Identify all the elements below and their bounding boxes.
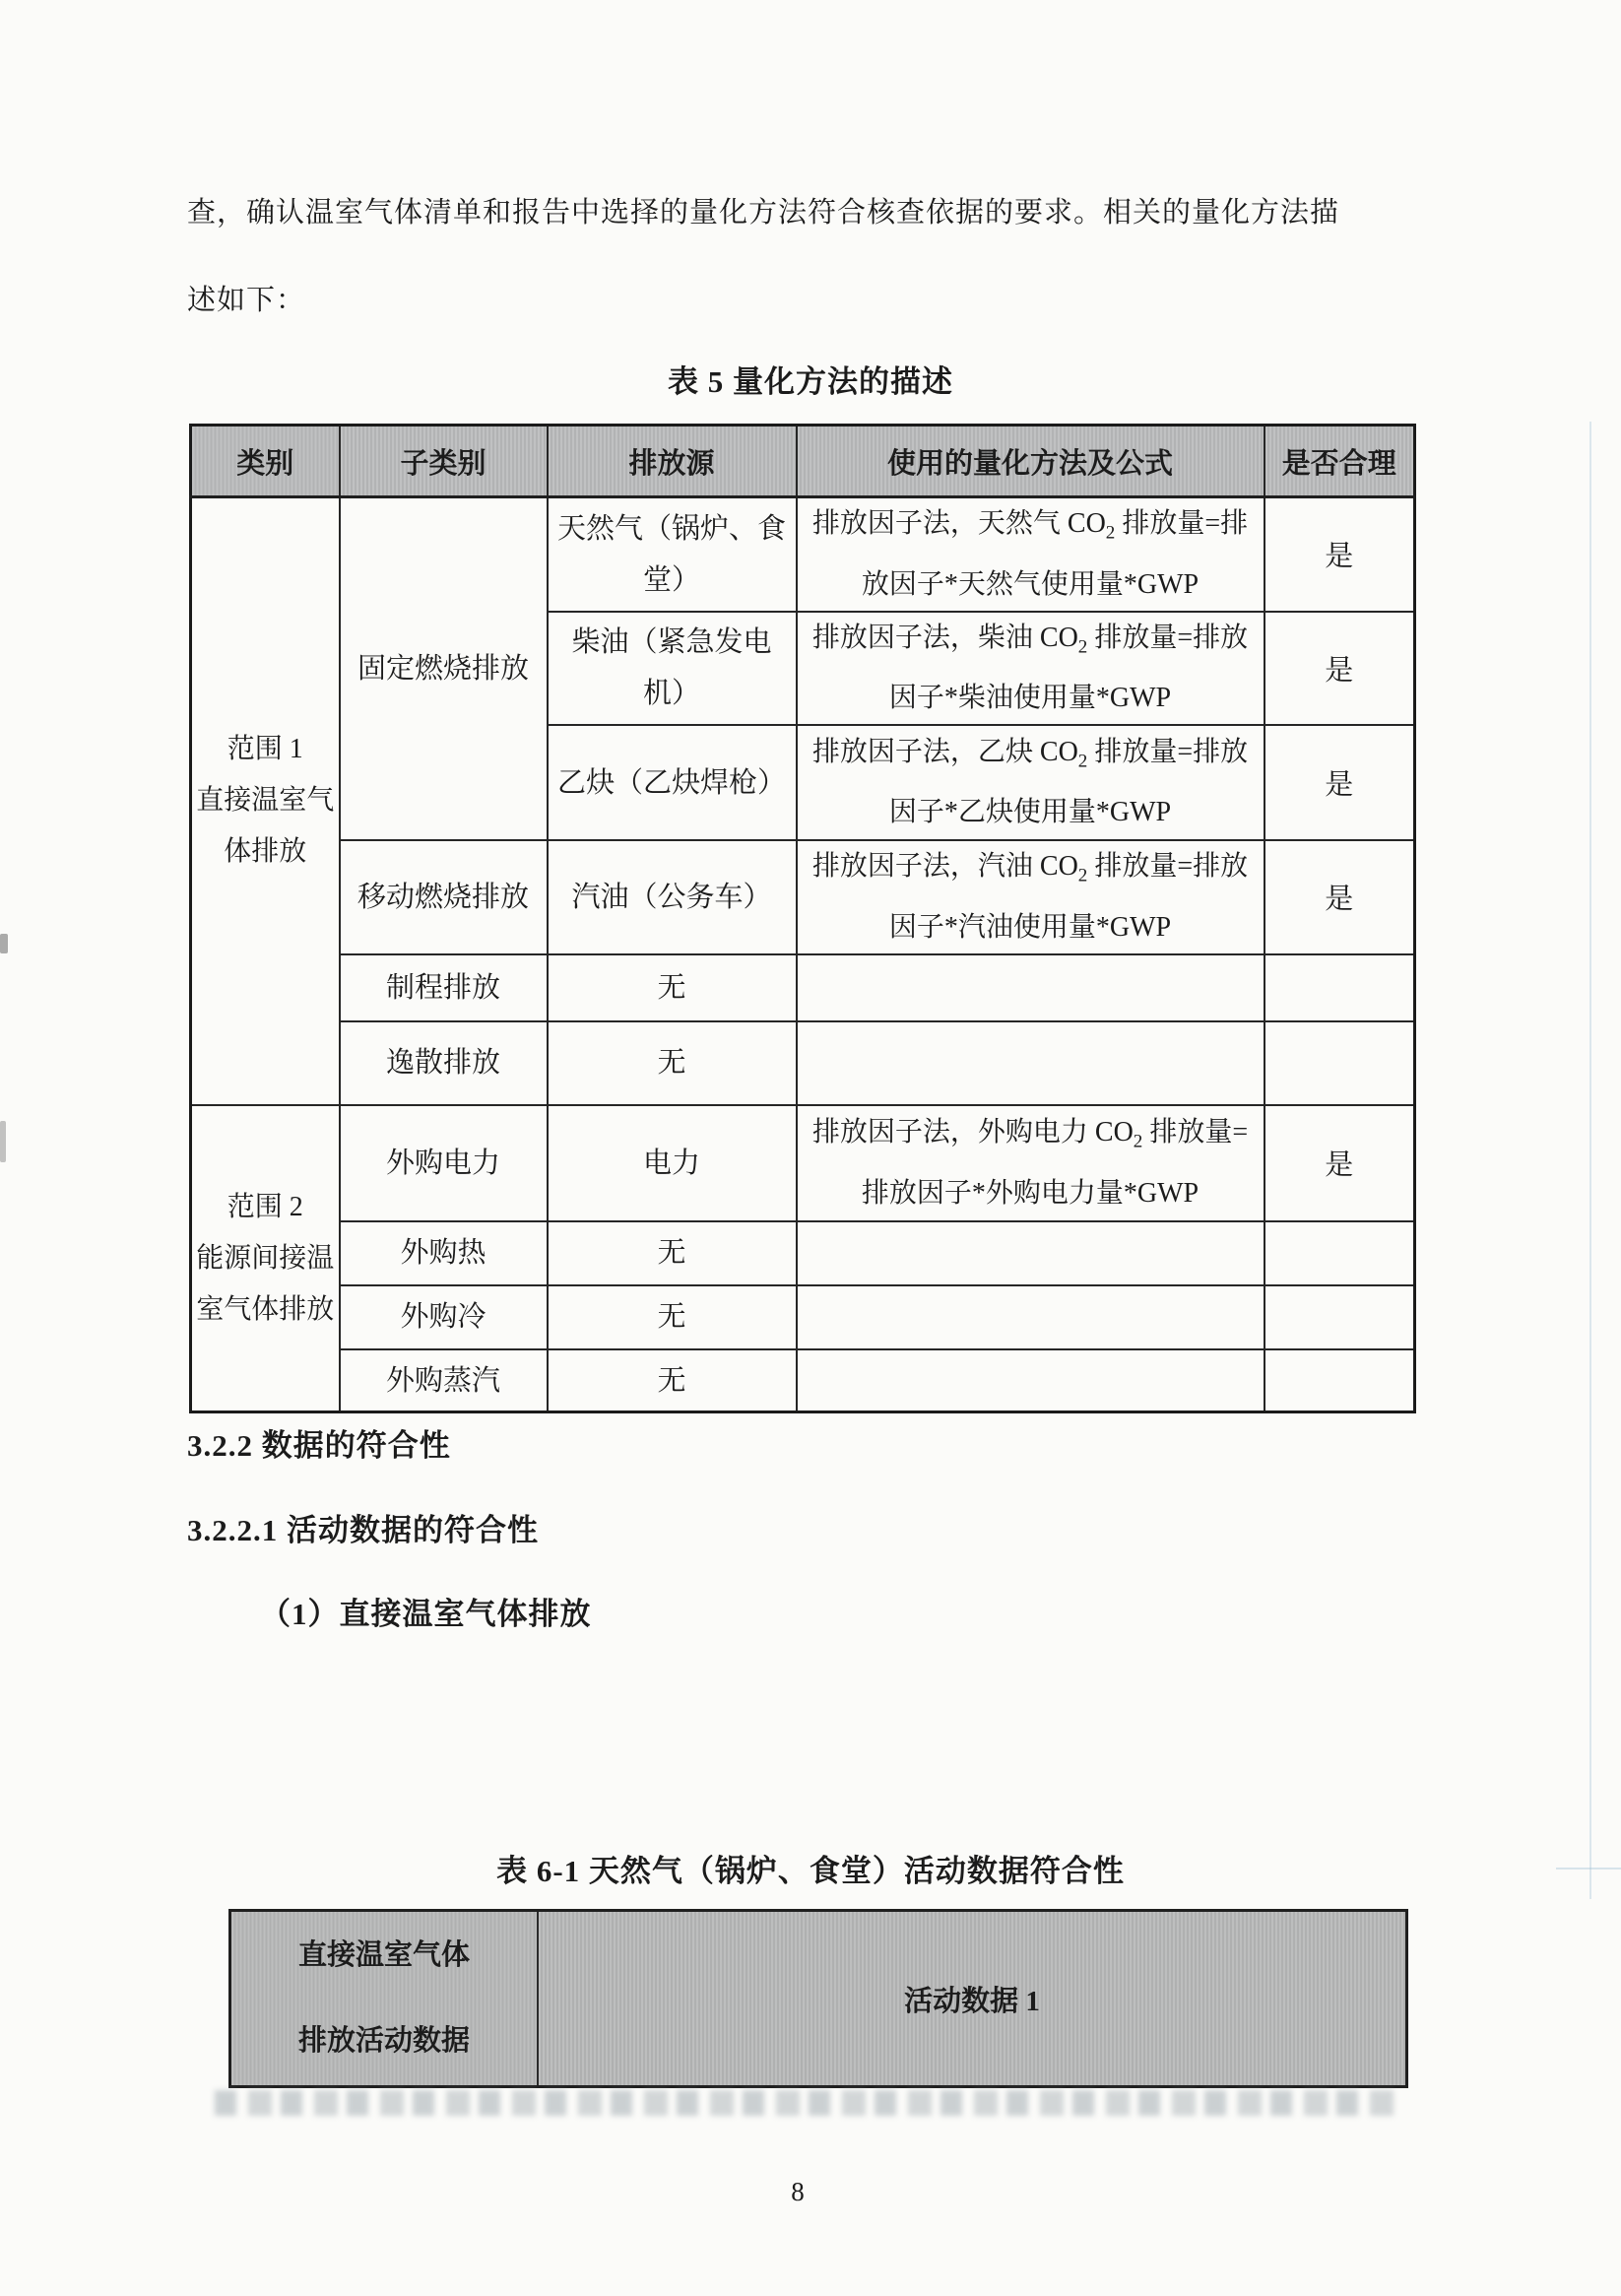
- source-cell: 天然气（锅炉、食堂）: [548, 497, 797, 612]
- reasonable-cell: 是: [1264, 840, 1415, 954]
- table-row: 制程排放 无: [191, 954, 1415, 1021]
- subcategory-cell: 外购冷: [340, 1285, 548, 1349]
- scope1-cell: 范围 1 直接温室气体排放: [191, 497, 340, 1105]
- table5-title: 表 5 量化方法的描述: [0, 357, 1621, 401]
- scan-artifact: [1556, 1868, 1621, 1870]
- formula-text: 排放因子法，乙炔 CO: [812, 737, 1078, 767]
- formula-cell: 排放因子法，天然气 CO2 排放量=排放因子*天然气使用量*GWP: [797, 497, 1264, 612]
- formula-cell: 排放因子法，汽油 CO2 排放量=排放因子*汽油使用量*GWP: [797, 840, 1264, 954]
- formula-text: 排放因子法，柴油 CO: [812, 623, 1078, 653]
- header-method-formula: 使用的量化方法及公式: [797, 426, 1264, 497]
- scan-artifact: [0, 934, 8, 953]
- quantification-method-table: 类别 子类别 排放源 使用的量化方法及公式 是否合理 范围 1 直接温室气体排放…: [189, 424, 1416, 1413]
- reasonable-cell: 是: [1264, 612, 1415, 726]
- section-heading-322: 3.2.2 数据的符合性: [187, 1420, 451, 1465]
- reasonable-cell: 是: [1264, 497, 1415, 612]
- source-cell: 无: [548, 954, 797, 1021]
- subcategory-cell: 固定燃烧排放: [340, 497, 548, 841]
- formula-cell: [797, 1221, 1264, 1285]
- table-row: 外购冷 无: [191, 1285, 1415, 1349]
- formula-cell: 排放因子法，外购电力 CO2 排放量=排放因子*外购电力量*GWP: [797, 1105, 1264, 1221]
- source-cell: 电力: [548, 1105, 797, 1221]
- formula-cell: [797, 1349, 1264, 1412]
- page-bleed-through: [215, 2090, 1398, 2116]
- formula-text: 排放因子法，外购电力 CO: [812, 1117, 1134, 1148]
- header-emission-source: 排放源: [548, 426, 797, 497]
- source-cell: 无: [548, 1349, 797, 1412]
- reasonable-cell: [1264, 1349, 1415, 1412]
- source-cell: 无: [548, 1021, 797, 1105]
- formula-text: 排放因子法，汽油 CO: [812, 851, 1078, 882]
- subcategory-cell: 外购电力: [340, 1105, 548, 1221]
- table-row: 外购热 无: [191, 1221, 1415, 1285]
- formula-subscript: 2: [1078, 636, 1088, 657]
- reasonable-cell: [1264, 954, 1415, 1021]
- table-row: 逸散排放 无: [191, 1021, 1415, 1105]
- formula-subscript: 2: [1106, 523, 1116, 544]
- header-subcategory: 子类别: [340, 426, 548, 497]
- formula-subscript: 2: [1078, 866, 1088, 886]
- formula-cell: 排放因子法，乙炔 CO2 排放量=排放因子*乙炔使用量*GWP: [797, 725, 1264, 840]
- document-page: 查，确认温室气体清单和报告中选择的量化方法符合核查依据的要求。相关的量化方法描 …: [0, 0, 1621, 2296]
- reasonable-cell: [1264, 1285, 1415, 1349]
- header-category: 类别: [191, 426, 340, 497]
- scope2-cell: 范围 2 能源间接温室气体排放: [191, 1105, 340, 1412]
- table-row: 范围 1 直接温室气体排放 固定燃烧排放 天然气（锅炉、食堂） 排放因子法，天然…: [191, 497, 1415, 612]
- table-row: 直接温室气体 排放活动数据 活动数据 1: [230, 1911, 1407, 2087]
- paragraph-text: 查，确认温室气体清单和报告中选择的量化方法符合核查依据的要求。相关的量化方法描 …: [187, 169, 1534, 345]
- subsection-heading-1: （1）直接温室气体排放: [260, 1589, 592, 1633]
- source-cell: 乙炔（乙炔焊枪）: [548, 725, 797, 840]
- scan-artifact: [1589, 422, 1591, 1899]
- formula-subscript: 2: [1134, 1132, 1143, 1152]
- source-cell: 无: [548, 1285, 797, 1349]
- page-number: 8: [0, 2177, 1595, 2207]
- subcategory-cell: 外购蒸汽: [340, 1349, 548, 1412]
- source-cell: 柴油（紧急发电机）: [548, 612, 797, 726]
- table-row: 外购蒸汽 无: [191, 1349, 1415, 1412]
- formula-cell: [797, 1021, 1264, 1105]
- formula-subscript: 2: [1078, 751, 1088, 771]
- table-header-row: 类别 子类别 排放源 使用的量化方法及公式 是否合理: [191, 426, 1415, 497]
- subcategory-cell: 制程排放: [340, 954, 548, 1021]
- reasonable-cell: [1264, 1021, 1415, 1105]
- subcategory-cell: 移动燃烧排放: [340, 840, 548, 954]
- reasonable-cell: 是: [1264, 1105, 1415, 1221]
- activity-data-header: 活动数据 1: [538, 1911, 1407, 2087]
- formula-cell: 排放因子法，柴油 CO2 排放量=排放因子*柴油使用量*GWP: [797, 612, 1264, 726]
- reasonable-cell: 是: [1264, 725, 1415, 840]
- table-row: 移动燃烧排放 汽油（公务车） 排放因子法，汽油 CO2 排放量=排放因子*汽油使…: [191, 840, 1415, 954]
- formula-cell: [797, 954, 1264, 1021]
- table-row: 范围 2 能源间接温室气体排放 外购电力 电力 排放因子法，外购电力 CO2 排…: [191, 1105, 1415, 1221]
- subcategory-cell: 逸散排放: [340, 1021, 548, 1105]
- formula-text: 排放因子法，天然气 CO: [812, 508, 1106, 539]
- source-cell: 无: [548, 1221, 797, 1285]
- activity-row-header: 直接温室气体 排放活动数据: [230, 1911, 539, 2087]
- header-reasonable: 是否合理: [1264, 426, 1415, 497]
- activity-data-table: 直接温室气体 排放活动数据 活动数据 1: [228, 1909, 1408, 2088]
- formula-cell: [797, 1285, 1264, 1349]
- reasonable-cell: [1264, 1221, 1415, 1285]
- source-cell: 汽油（公务车）: [548, 840, 797, 954]
- section-heading-3221: 3.2.2.1 活动数据的符合性: [187, 1505, 539, 1549]
- subcategory-cell: 外购热: [340, 1221, 548, 1285]
- scan-artifact: [0, 1121, 6, 1162]
- table61-title: 表 6-1 天然气（锅炉、食堂）活动数据符合性: [0, 1846, 1621, 1890]
